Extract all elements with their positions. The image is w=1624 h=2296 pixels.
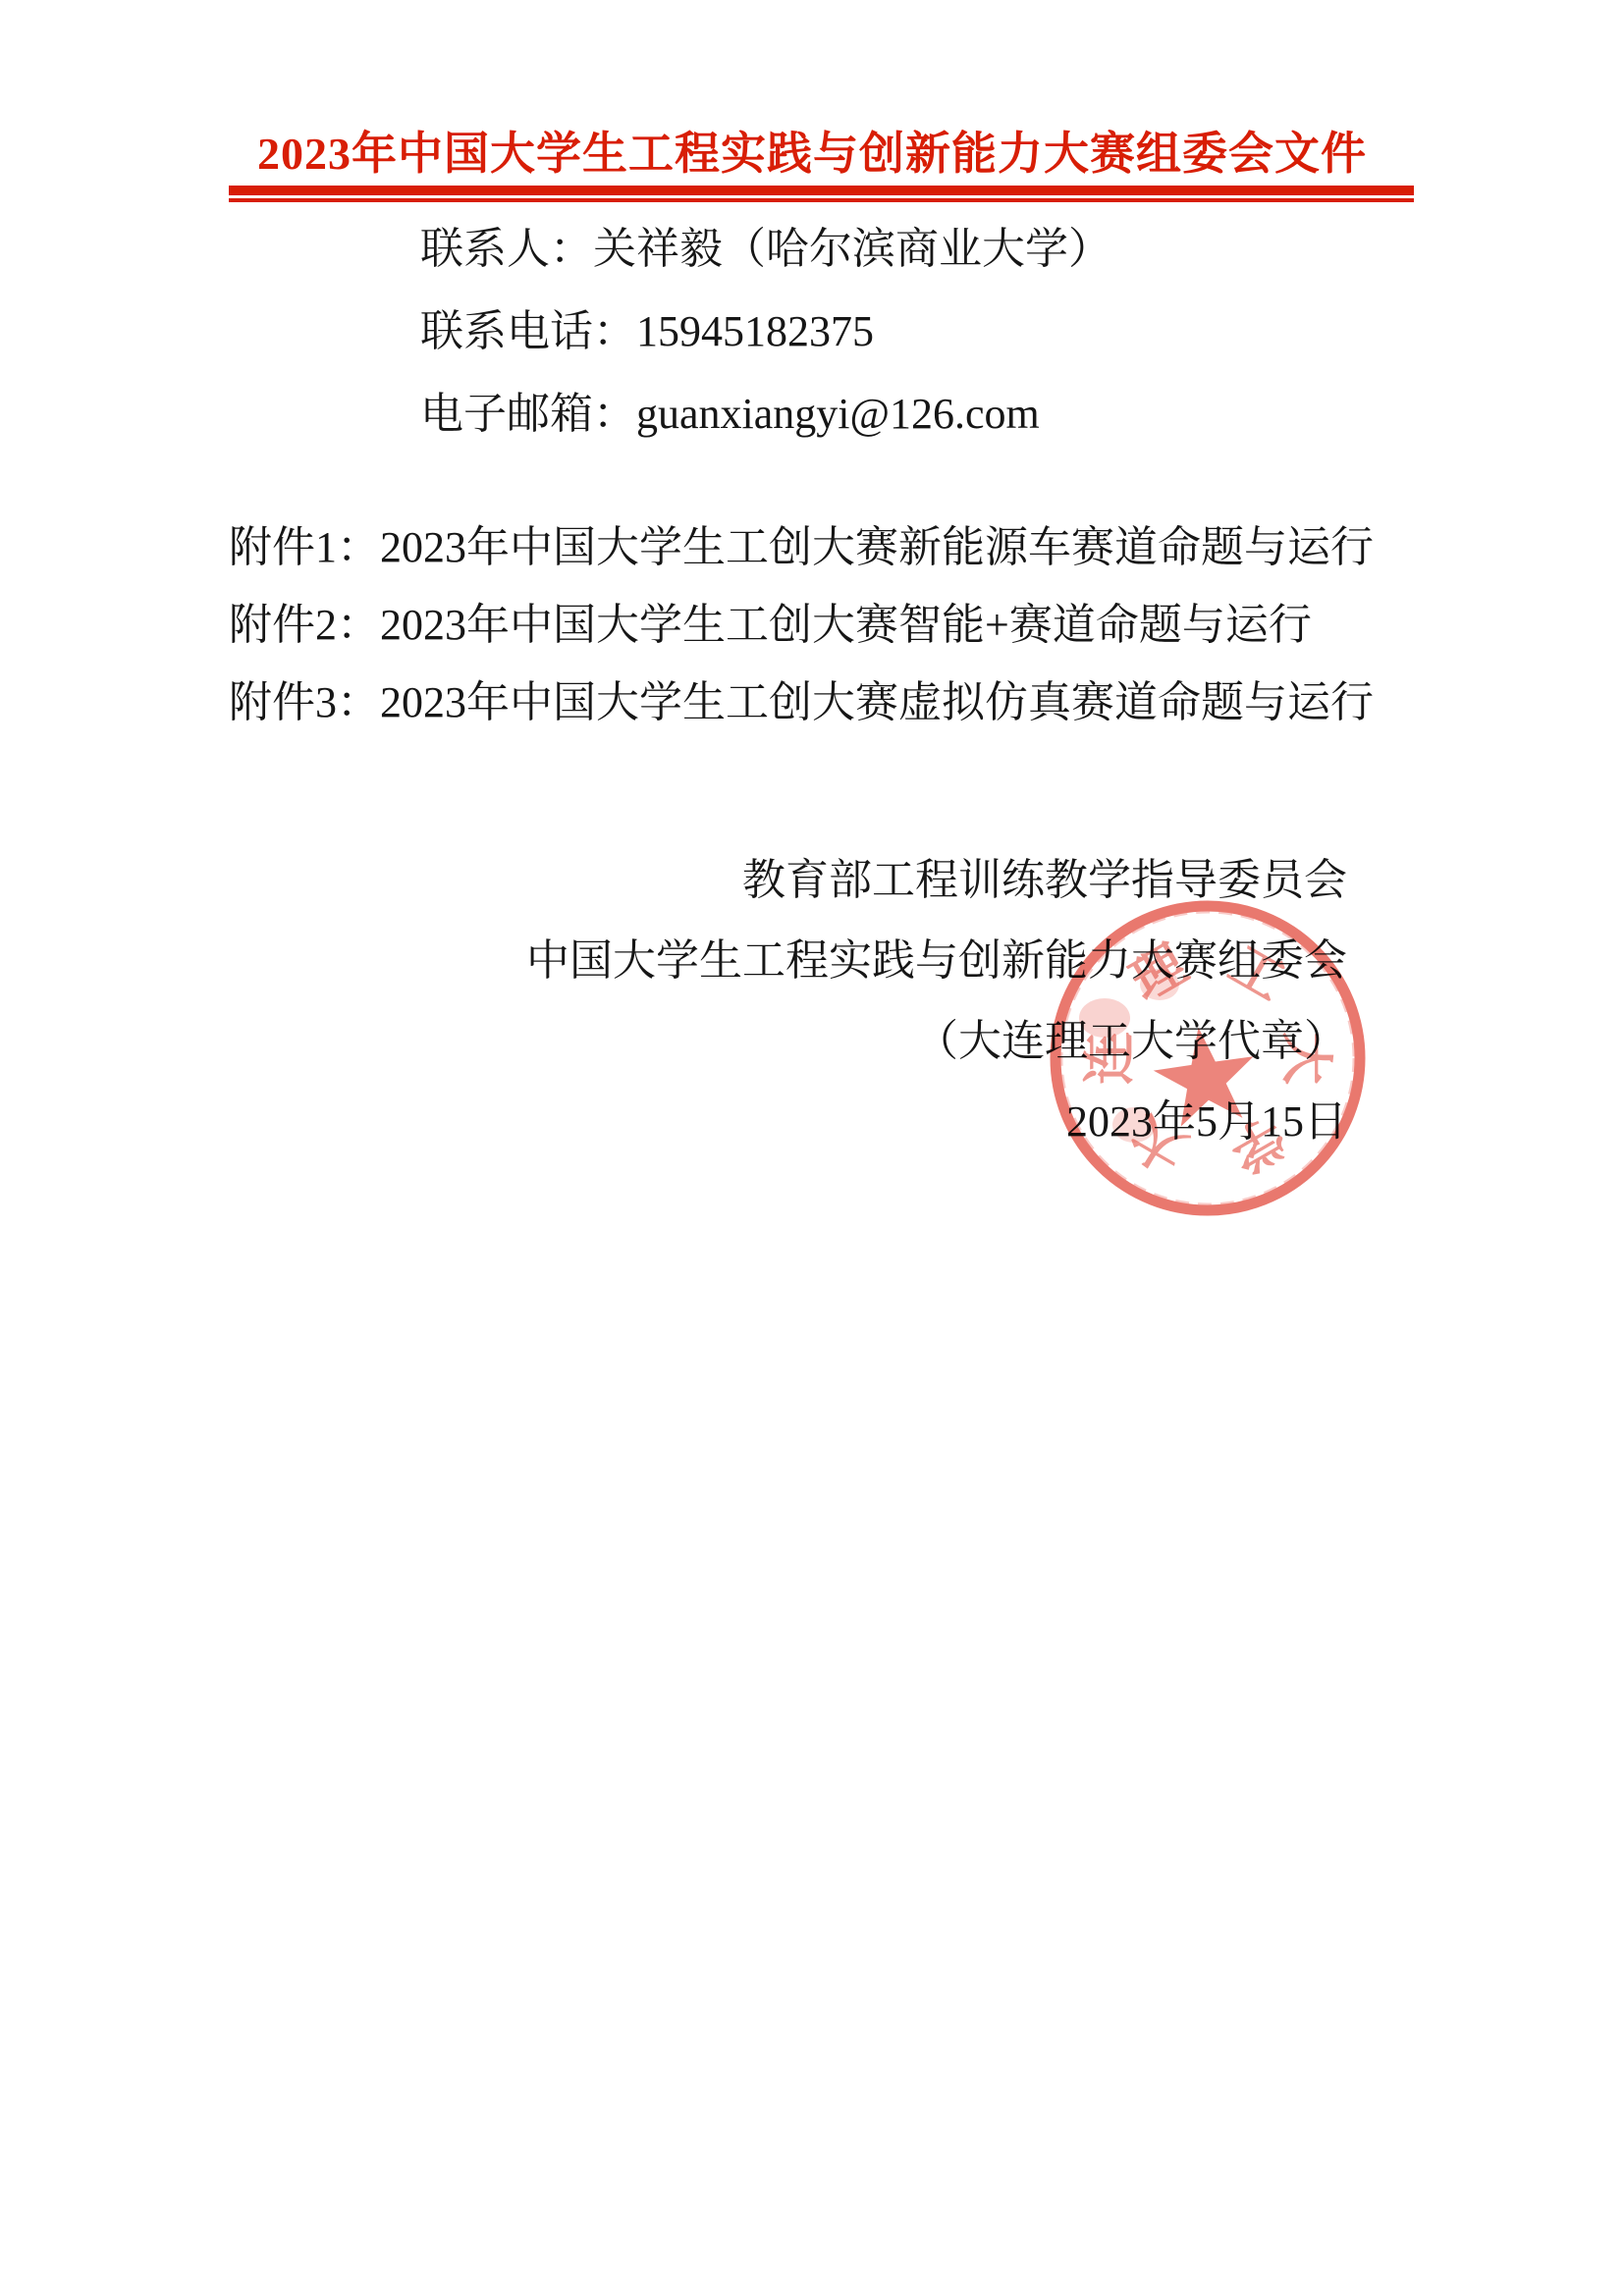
signature-org-line-1: 教育部工程训练教学指导委员会 xyxy=(526,840,1347,921)
attachment-line-2: 附件2：2023年中国大学生工创大赛智能+赛道命题与运行 xyxy=(229,586,1374,664)
contact-email-line: 电子邮箱：guanxiangyi@126.com xyxy=(420,373,1111,455)
attachments-block: 附件1：2023年中国大学生工创大赛新能源车赛道命题与运行 附件2：2023年中… xyxy=(229,508,1374,741)
attachment-line-3: 附件3：2023年中国大学生工创大赛虚拟仿真赛道命题与运行 xyxy=(229,664,1374,741)
signature-date: 2023年5月15日 xyxy=(526,1082,1347,1162)
title-rule-thin xyxy=(229,198,1414,202)
attachment-line-1: 附件1：2023年中国大学生工创大赛新能源车赛道命题与运行 xyxy=(229,508,1374,586)
title-rule-thick xyxy=(229,186,1414,195)
signature-block: 教育部工程训练教学指导委员会 中国大学生工程实践与创新能力大赛组委会 （大连理工… xyxy=(526,840,1347,1162)
contact-phone-line: 联系电话：15945182375 xyxy=(420,291,1111,373)
signature-seal-note: （大连理工大学代章） xyxy=(526,1001,1347,1082)
contact-block: 联系人：关祥毅（哈尔滨商业大学） 联系电话：15945182375 电子邮箱：g… xyxy=(420,208,1111,455)
document-title: 2023年中国大学生工程实践与创新能力大赛组委会文件 xyxy=(0,118,1624,183)
document-page: 2023年中国大学生工程实践与创新能力大赛组委会文件 联系人：关祥毅（哈尔滨商业… xyxy=(0,0,1624,2296)
signature-org-line-2: 中国大学生工程实践与创新能力大赛组委会 xyxy=(526,921,1347,1001)
contact-person-line: 联系人：关祥毅（哈尔滨商业大学） xyxy=(420,208,1111,291)
title-rule xyxy=(229,186,1414,202)
